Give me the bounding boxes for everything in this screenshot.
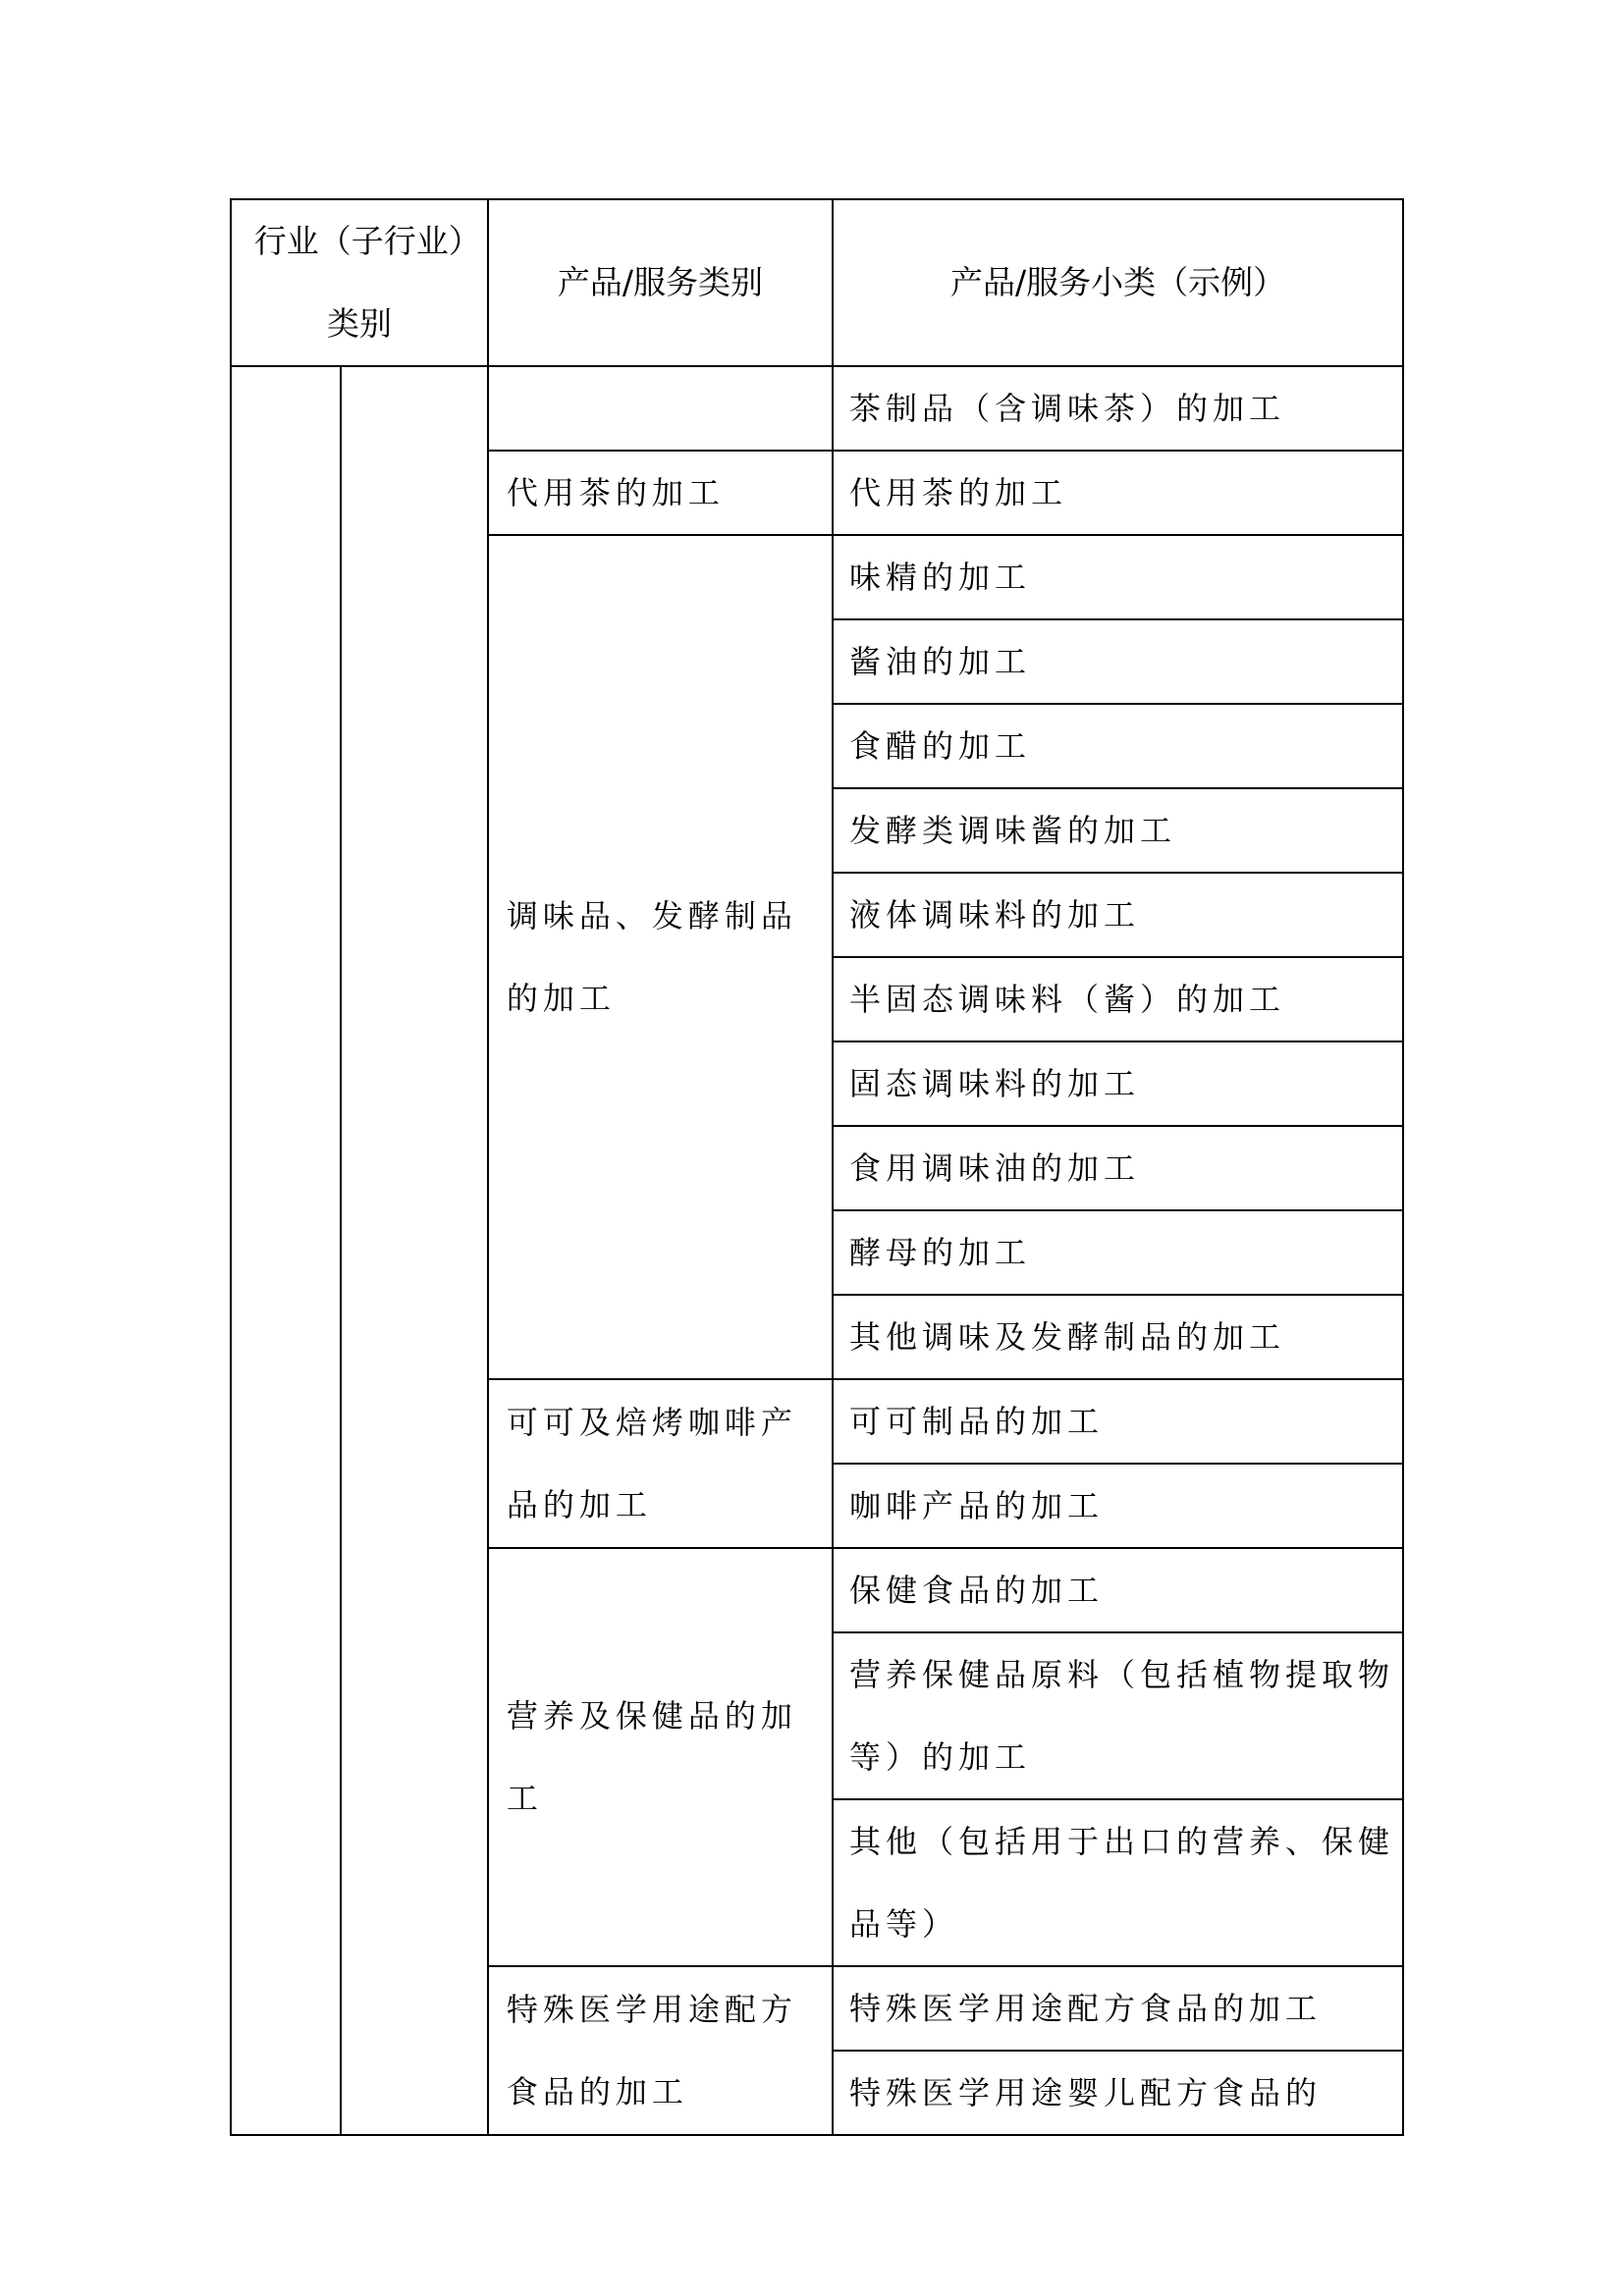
subcategory-cell: 食用调味油的加工 bbox=[833, 1126, 1403, 1210]
table-row: 茶制品（含调味茶）的加工 bbox=[231, 366, 1403, 451]
header-row: 行业（子行业）类别 产品/服务类别 产品/服务小类（示例） bbox=[231, 199, 1403, 366]
subcategory-cell: 酵母的加工 bbox=[833, 1210, 1403, 1295]
category-cell: 营养及保健品的加工 bbox=[488, 1548, 833, 1966]
header-industry: 行业（子行业）类别 bbox=[231, 199, 488, 366]
category-cell: 调味品、发酵制品的加工 bbox=[488, 535, 833, 1379]
subcategory-cell: 茶制品（含调味茶）的加工 bbox=[833, 366, 1403, 451]
subcategory-cell: 特殊医学用途配方食品的加工 bbox=[833, 1966, 1403, 2051]
subcategory-cell: 特殊医学用途婴儿配方食品的 bbox=[833, 2051, 1403, 2135]
subcategory-cell: 其他调味及发酵制品的加工 bbox=[833, 1295, 1403, 1379]
subcategory-cell: 酱油的加工 bbox=[833, 619, 1403, 704]
subcategory-cell: 可可制品的加工 bbox=[833, 1379, 1403, 1464]
category-cell: 特殊医学用途配方食品的加工 bbox=[488, 1966, 833, 2135]
subcategory-cell: 营养保健品原料（包括植物提取物等）的加工 bbox=[833, 1632, 1403, 1799]
product-service-table: 行业（子行业）类别 产品/服务类别 产品/服务小类（示例） 茶制品（含调味茶）的… bbox=[230, 198, 1404, 2136]
subcategory-cell: 发酵类调味酱的加工 bbox=[833, 788, 1403, 873]
category-cell bbox=[488, 366, 833, 451]
header-subcategory: 产品/服务小类（示例） bbox=[833, 199, 1403, 366]
subcategory-cell: 其他（包括用于出口的营养、保健品等） bbox=[833, 1799, 1403, 1966]
subcategory-cell: 半固态调味料（酱）的加工 bbox=[833, 957, 1403, 1041]
subcategory-cell: 咖啡产品的加工 bbox=[833, 1464, 1403, 1548]
category-cell: 可可及焙烤咖啡产品的加工 bbox=[488, 1379, 833, 1548]
subcategory-cell: 代用茶的加工 bbox=[833, 451, 1403, 535]
subcategory-cell: 固态调味料的加工 bbox=[833, 1041, 1403, 1126]
sub-industry-cell bbox=[341, 366, 488, 2135]
category-cell: 代用茶的加工 bbox=[488, 451, 833, 535]
subcategory-cell: 保健食品的加工 bbox=[833, 1548, 1403, 1632]
header-category: 产品/服务类别 bbox=[488, 199, 833, 366]
subcategory-cell: 味精的加工 bbox=[833, 535, 1403, 619]
industry-cell bbox=[231, 366, 341, 2135]
subcategory-cell: 食醋的加工 bbox=[833, 704, 1403, 788]
subcategory-cell: 液体调味料的加工 bbox=[833, 873, 1403, 957]
